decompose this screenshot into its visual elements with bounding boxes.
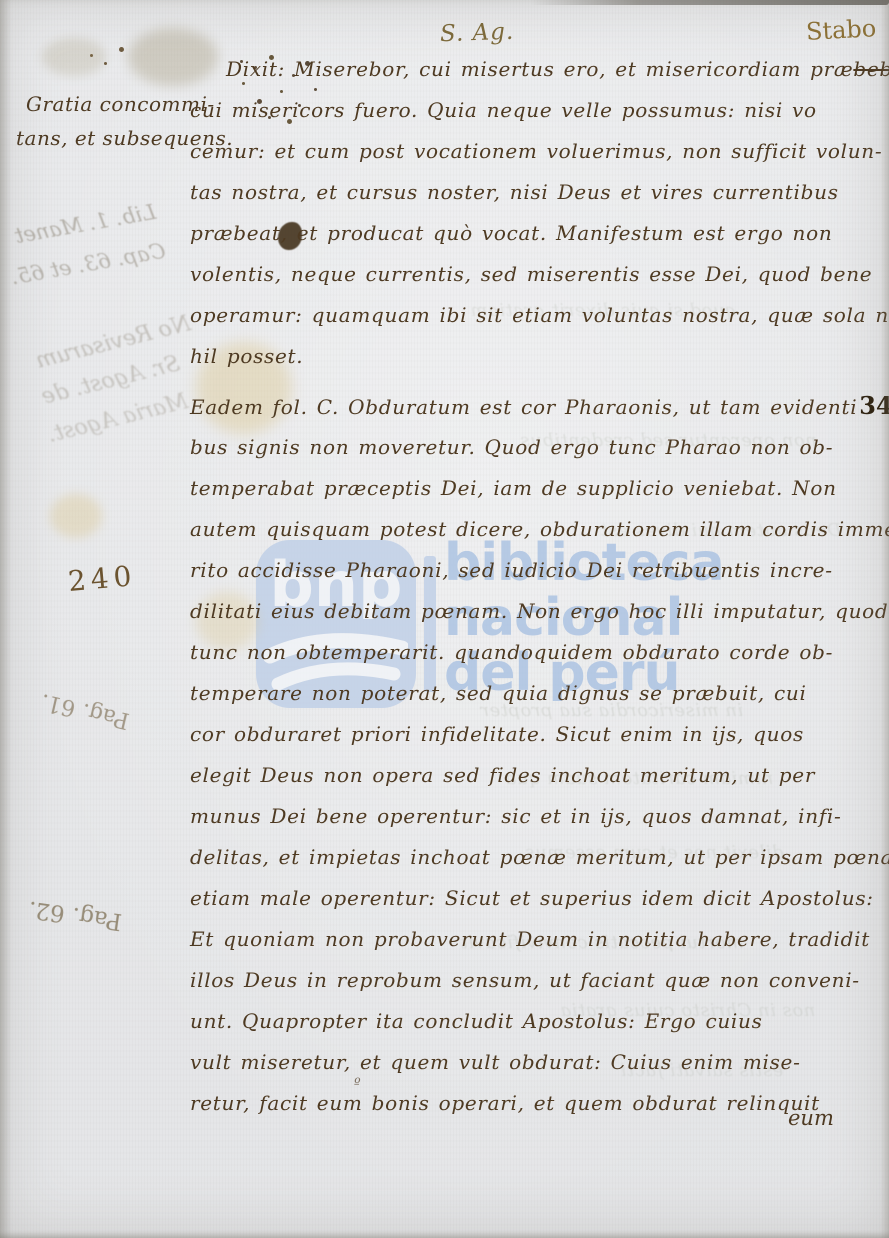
catchword-bottom: eum: [788, 1106, 834, 1130]
body-line: cor obduraret priori infidelitate. Sicut…: [190, 715, 880, 756]
margin-page-number-240: 240: [67, 559, 138, 598]
margin-note-gratia-line1: Gratia concommi-: [26, 92, 215, 116]
body-line: præbeat, et producat quò vocat. Manifest…: [190, 214, 880, 255]
manuscript-body: Dixit: Miserebor, cui misertus ero, et m…: [190, 50, 880, 1125]
header-section-title: S. Ag.: [440, 19, 515, 48]
header-stabo: Stabo: [805, 14, 877, 46]
body-line: tas nostra, et cursus noster, nisi Deus …: [190, 173, 880, 214]
body-line: elegit Deus non opera sed fides inchoat …: [190, 756, 880, 797]
body-line-text: Dixit: Miserebor, cui misertus ero, et m…: [226, 57, 853, 81]
body-line: bus signis non moveretur. Quod ergo tunc…: [190, 428, 880, 469]
body-line: volentis, neque currentis, sed miserenti…: [190, 255, 880, 296]
manuscript-page: bnp biblioteca nacional del perú º Lib. …: [0, 0, 889, 1238]
body-line: delitas, et impietas inchoat pœnæ meritu…: [190, 838, 880, 879]
corner-stain-small: [42, 38, 106, 76]
body-line: cui misericors fuero. Quia neque velle p…: [190, 91, 880, 132]
body-line: operamur: quamquam ibi sit etiam volunta…: [190, 296, 880, 337]
body-line: rito accidisse Pharaoni, sed iudicio Dei…: [190, 551, 880, 592]
bleedthrough-citation-line1: Lib. 1. Manet: [13, 200, 158, 248]
inverted-margin-note-pag62: Pag. 62.: [27, 896, 124, 935]
body-line-text: Eadem fol. C. Obduratum est cor Pharaoni…: [190, 395, 857, 419]
bleedthrough-smudge-line2: Sr. Agost. de: [39, 351, 182, 410]
body-line: hil posset.: [190, 337, 880, 378]
struck-word: bebo: [853, 57, 889, 81]
body-line: autem quisquam potest dicere, obduration…: [190, 510, 880, 551]
body-line: temperare non poterat, sed quia dignus s…: [190, 674, 880, 715]
body-line: munus Dei bene operentur: sic et in ijs,…: [190, 797, 880, 838]
body-line: Eadem fol. C. Obduratum est cor Pharaoni…: [190, 387, 880, 428]
body-line: Et quoniam non probaverunt Deum in notit…: [190, 920, 880, 961]
body-line: cemur: et cum post vocationem voluerimus…: [190, 132, 880, 173]
body-line: unt. Quapropter ita concludit Apostolus:…: [190, 1002, 880, 1043]
body-line: dilitati eius debitam pœnam. Non ergo ho…: [190, 592, 880, 633]
bottom-edge-shadow: [0, 1231, 889, 1238]
bleedthrough-citation-line2: Cap. 63. et 65.: [9, 239, 167, 290]
bleedthrough-smudge-line1: No Revisarum: [33, 311, 193, 374]
body-line: vult miseretur, et quem vult obdurat: Cu…: [190, 1043, 880, 1084]
top-edge-shadow: [530, 0, 889, 5]
body-line: tunc non obtemperarit. quandoquidem obdu…: [190, 633, 880, 674]
body-line: etiam male operentur: Sicut et superius …: [190, 879, 880, 920]
body-line: Dixit: Miserebor, cui misertus ero, et m…: [190, 50, 880, 91]
bleedthrough-smudge-line3: Maria Agost.: [45, 389, 190, 448]
body-line: illos Deus in reprobum sensum, ut facian…: [190, 961, 880, 1002]
body-line: retur, facit eum bonis operari, et quem …: [190, 1084, 880, 1125]
folio-number-343: 343: [859, 391, 889, 420]
body-line: temperabat præceptis Dei, iam de supplic…: [190, 469, 880, 510]
inverted-margin-note-pag61: Pag. 61.: [38, 688, 131, 733]
left-edge-shadow: [0, 0, 12, 1238]
yellow-stain-2: [50, 494, 102, 538]
